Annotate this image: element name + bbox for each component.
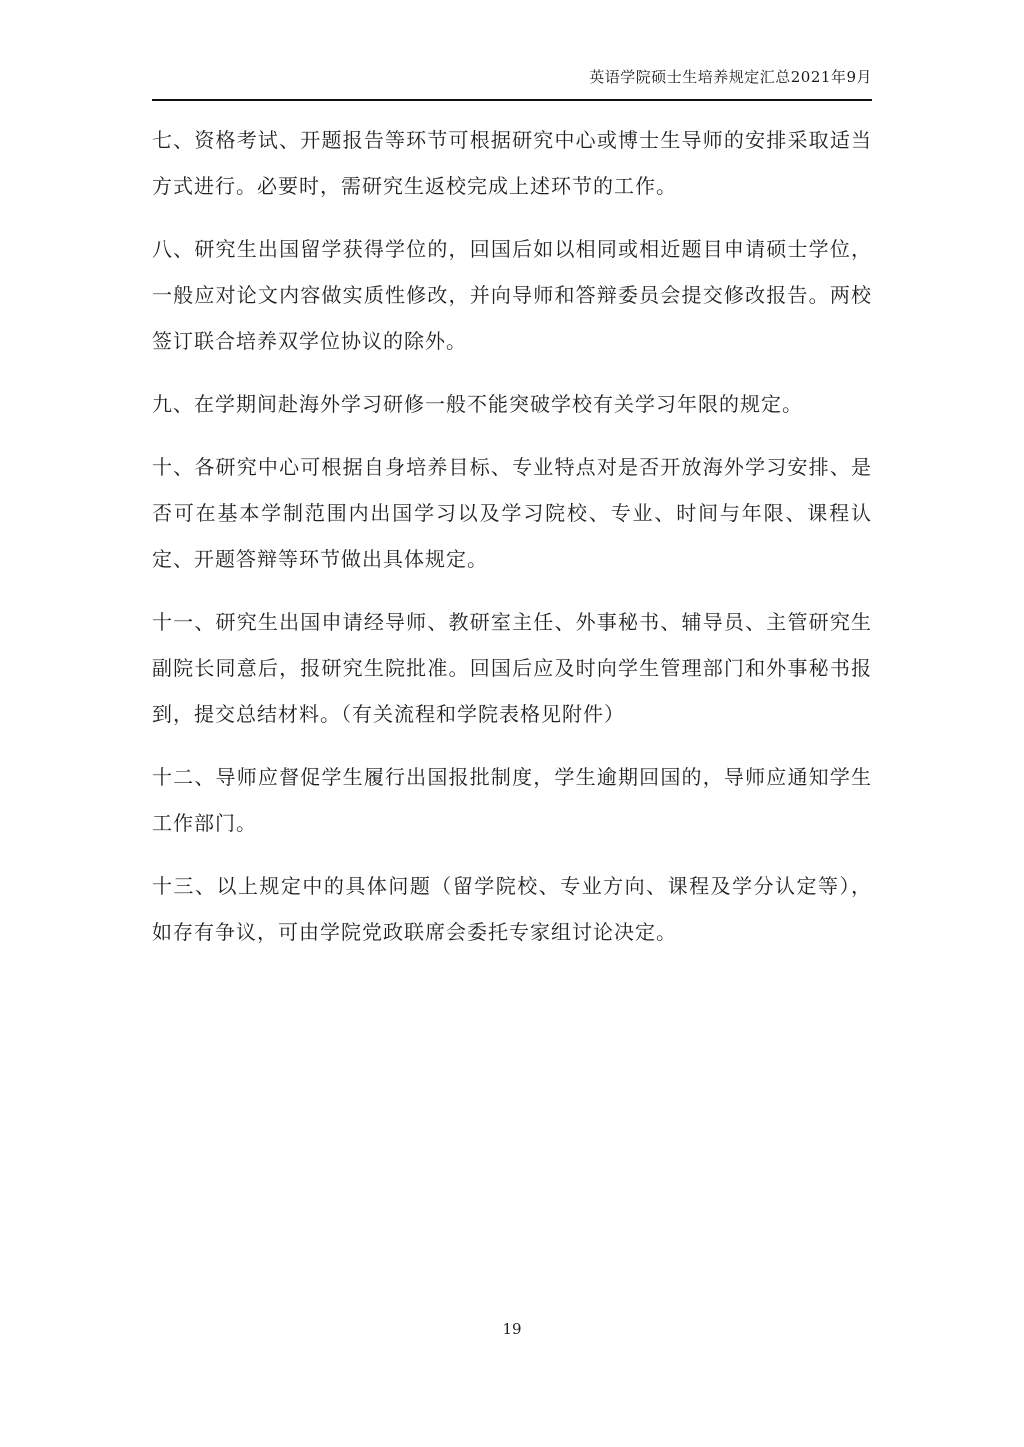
paragraph-13: 十三、以上规定中的具体问题（留学院校、专业方向、课程及学分认定等），如存有争议，… xyxy=(152,863,872,955)
header-rule xyxy=(152,99,872,101)
document-page: 英语学院硕士生培养规定汇总2021年9月 七、资格考试、开题报告等环节可根据研究… xyxy=(0,0,1024,1447)
paragraph-11: 十一、研究生出国申请经导师、教研室主任、外事秘书、辅导员、主管研究生副院长同意后… xyxy=(152,599,872,737)
paragraph-12: 十二、导师应督促学生履行出国报批制度，学生逾期回国的，导师应通知学生工作部门。 xyxy=(152,754,872,846)
paragraph-8: 八、研究生出国留学获得学位的，回国后如以相同或相近题目申请硕士学位，一般应对论文… xyxy=(152,226,872,364)
paragraph-9: 九、在学期间赴海外学习研修一般不能突破学校有关学习年限的规定。 xyxy=(152,381,872,427)
page-header-title: 英语学院硕士生培养规定汇总2021年9月 xyxy=(152,66,872,87)
page-content: 英语学院硕士生培养规定汇总2021年9月 七、资格考试、开题报告等环节可根据研究… xyxy=(152,66,872,972)
document-body: 七、资格考试、开题报告等环节可根据研究中心或博士生导师的安排采取适当方式进行。必… xyxy=(152,117,872,955)
paragraph-7: 七、资格考试、开题报告等环节可根据研究中心或博士生导师的安排采取适当方式进行。必… xyxy=(152,117,872,209)
page-number: 19 xyxy=(0,1320,1024,1338)
paragraph-10: 十、各研究中心可根据自身培养目标、专业特点对是否开放海外学习安排、是否可在基本学… xyxy=(152,444,872,582)
